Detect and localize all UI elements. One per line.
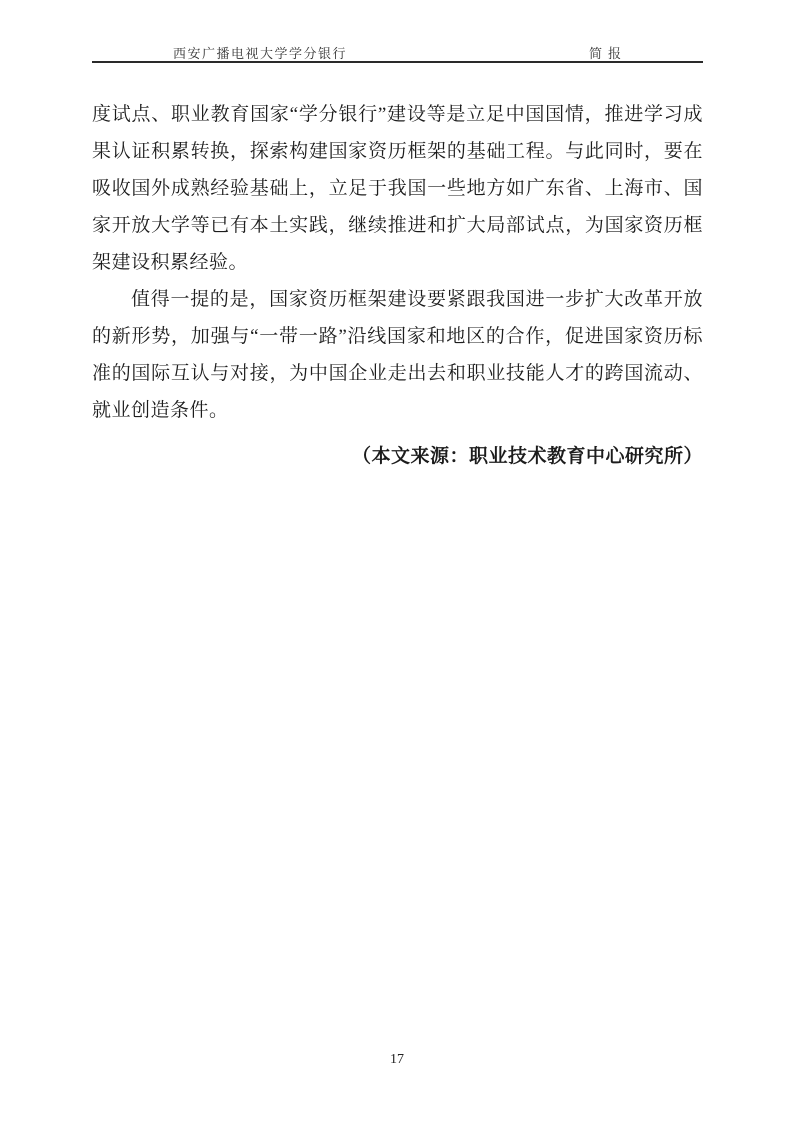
page-number: 17 <box>390 1052 404 1067</box>
document-page: 西安广播电视大学学分银行 简报 度试点、职业教育国家“学分银行”建设等是立足中国… <box>0 0 794 1123</box>
page-footer: 17 <box>0 1052 794 1068</box>
body-paragraph-1: 度试点、职业教育国家“学分银行”建设等是立足中国国情，推进学习成果认证积累转换，… <box>92 96 703 281</box>
body-paragraph-2: 值得一提的是，国家资历框架建设要紧跟我国进一步扩大改革开放的新形势，加强与“一带… <box>92 281 703 429</box>
header-right-label: 简报 <box>589 43 627 62</box>
page-header: 西安广播电视大学学分银行 简报 <box>92 40 703 63</box>
document-body: 度试点、职业教育国家“学分银行”建设等是立足中国国情，推进学习成果认证积累转换，… <box>92 96 703 475</box>
source-attribution-line: （本文来源：职业技术教育中心研究所） <box>92 438 703 475</box>
header-left-title: 西安广播电视大学学分银行 <box>173 43 347 62</box>
